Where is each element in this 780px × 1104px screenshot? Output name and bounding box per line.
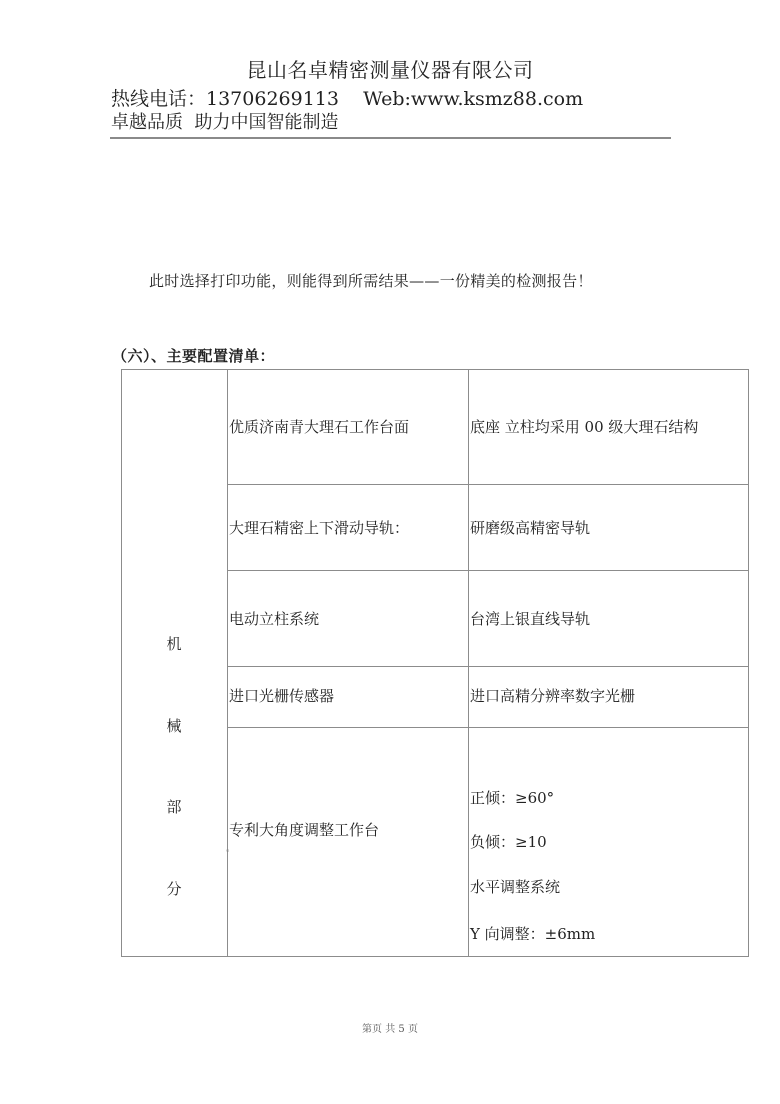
item-cell-extra: 。	[226, 843, 235, 855]
item-cell: 大理石精密上下滑动导轨：	[229, 518, 409, 538]
category-char: 机	[164, 634, 184, 654]
contact-line: 热线电话：13706269113 Web:www.ksmz88.com	[111, 88, 583, 110]
spec-line: 水平调整系统	[470, 877, 560, 897]
item-cell: 电动立柱系统	[229, 609, 319, 629]
category-char: 械	[164, 716, 184, 736]
spec-line: Y 向调整：±6mm	[470, 924, 595, 944]
column-divider-1	[227, 369, 228, 957]
row-divider-4	[227, 727, 749, 728]
category-char: 分	[164, 879, 184, 899]
table-border-bottom	[121, 956, 749, 957]
column-divider-2	[468, 369, 469, 957]
spec-line: 负倾：≥10	[470, 832, 547, 852]
spec-line: 正倾：≥60°	[470, 788, 554, 808]
spec-cell: 研磨级高精密导轨	[470, 518, 590, 538]
table-border-left	[121, 369, 122, 957]
spec-cell: 台湾上银直线导轨	[470, 609, 590, 629]
row-divider-1	[227, 484, 749, 485]
item-cell: 进口光栅传感器	[229, 686, 334, 706]
category-char: 部	[164, 797, 184, 817]
header-divider	[110, 137, 671, 139]
item-cell: 专利大角度调整工作台	[229, 820, 379, 840]
company-name: 昆山名卓精密测量仪器有限公司	[0, 58, 780, 82]
item-cell: 优质济南青大理石工作台面	[229, 417, 409, 437]
row-divider-2	[227, 570, 749, 571]
table-border-right	[748, 369, 749, 957]
config-table: 机 械 部 分 优质济南青大理石工作台面 底座 立柱均采用 00 级大理石结构 …	[0, 0, 780, 1104]
page-footer: 第页 共 5 页	[0, 1023, 780, 1037]
slogan: 卓越品质 助力中国智能制造	[111, 112, 338, 134]
section-title: （六）、主要配置清单：	[112, 346, 275, 366]
row-divider-3	[227, 666, 749, 667]
spec-cell: 底座 立柱均采用 00 级大理石结构	[470, 417, 698, 437]
intro-paragraph: 此时选择打印功能，则能得到所需结果——一份精美的检测报告！	[149, 271, 593, 291]
table-border-top	[121, 369, 749, 370]
spec-cell: 进口高精分辨率数字光栅	[470, 686, 635, 706]
